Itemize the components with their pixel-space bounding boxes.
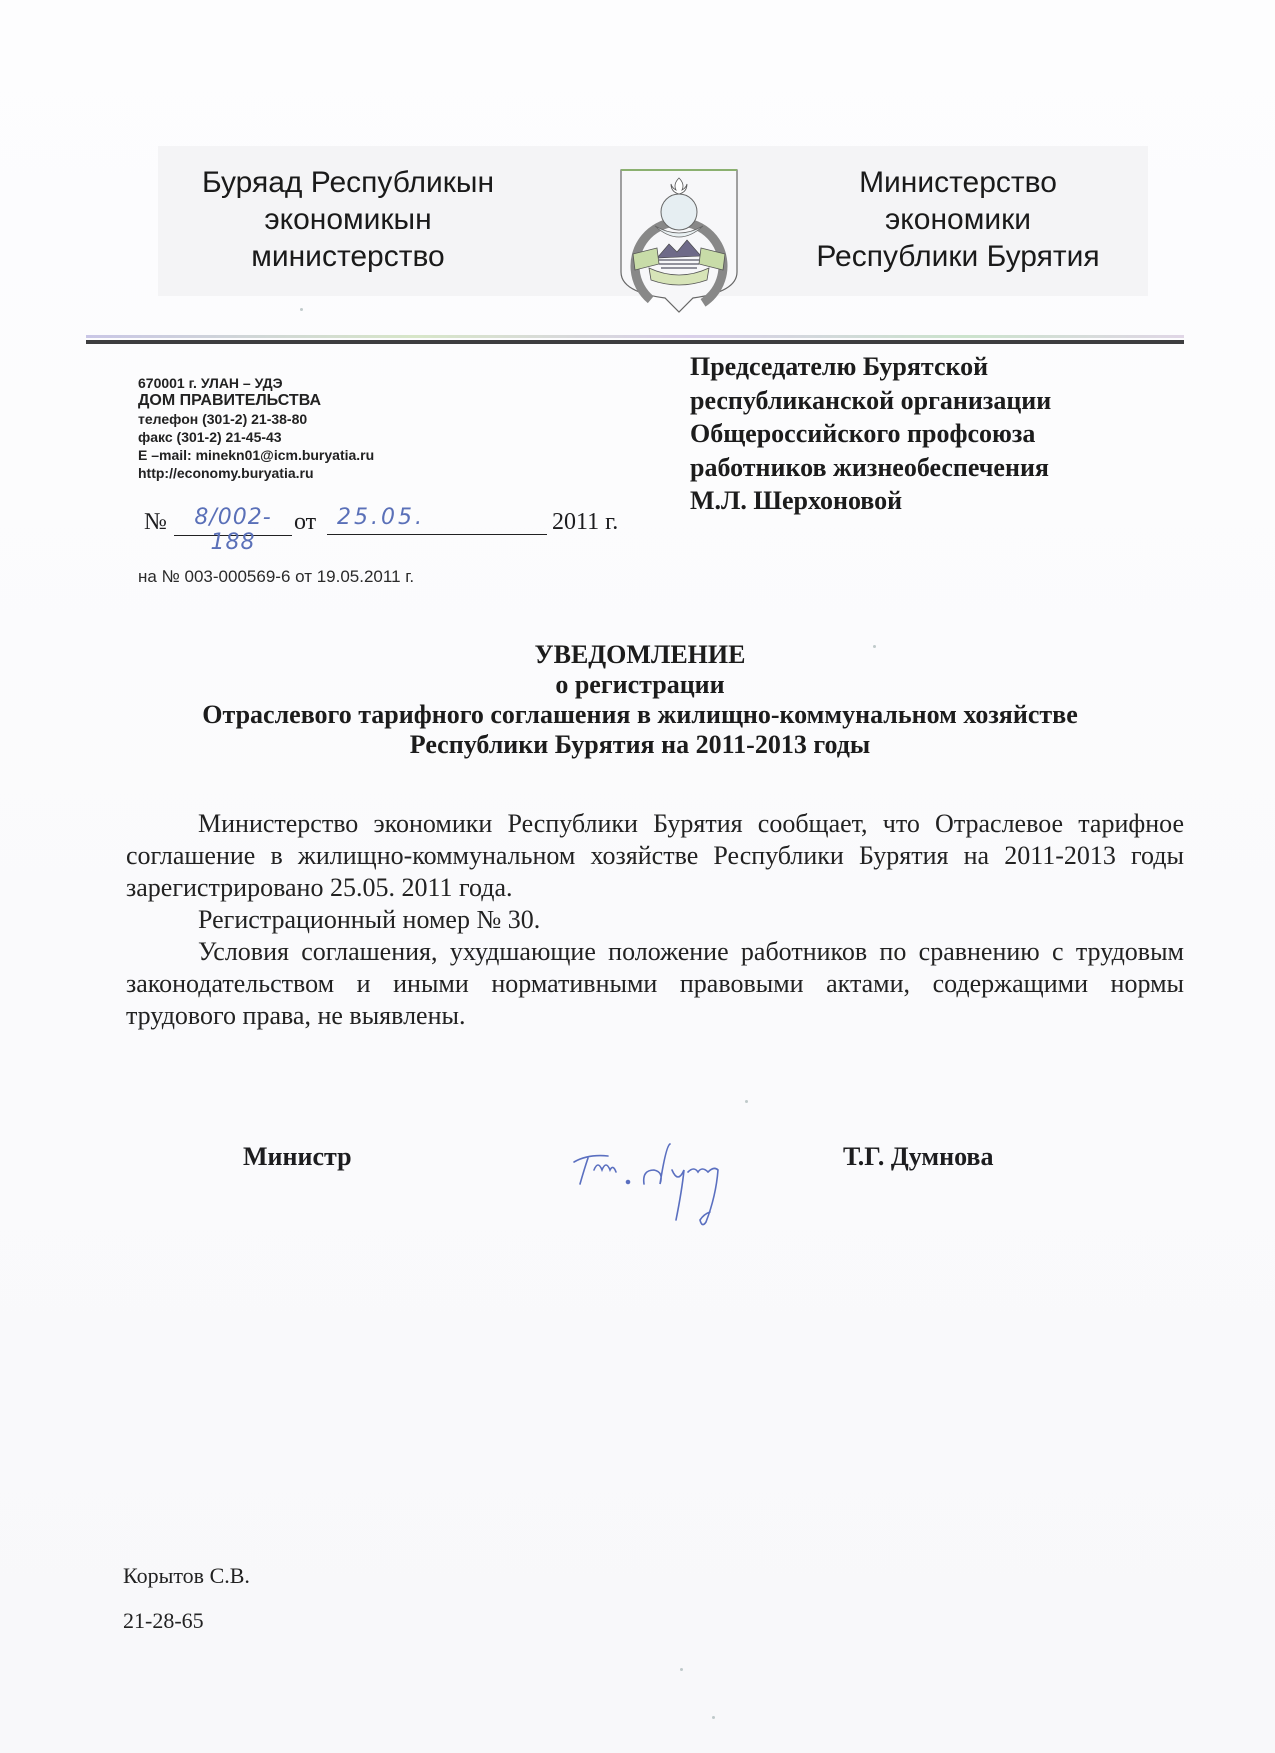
letterhead-russian-name: Министерство экономики Республики Буряти… — [773, 164, 1143, 275]
outgoing-date-handwritten: 25.05. — [327, 505, 547, 535]
document-page: Буряад Республикын экономикын министерст… — [0, 0, 1275, 1753]
title-main: УВЕДОМЛЕНИЕ — [140, 640, 1140, 670]
letterhead-left-line: Буряад Республикын — [168, 164, 528, 201]
scan-speck — [300, 308, 303, 311]
outgoing-number-handwritten: 8/002-188 — [174, 505, 292, 536]
letterhead: Буряад Республикын экономикын министерст… — [158, 146, 1148, 296]
outgoing-registration-line: № 8/002-188 от 25.05. 2011 г. — [144, 505, 624, 541]
body-paragraph: Условия соглашения, ухудшающие положение… — [126, 936, 1184, 1032]
addressee-line: республиканской организации — [690, 384, 1051, 418]
address-phone: телефон (301-2) 21-38-80 — [138, 410, 374, 428]
addressee-line: Общероссийского профсоюза — [690, 417, 1051, 451]
letterhead-buryat-name: Буряад Республикын экономикын министерст… — [168, 164, 528, 275]
letterhead-divider-thick — [86, 340, 1184, 344]
scan-speck — [873, 645, 876, 648]
letterhead-right-line: Министерство — [773, 164, 1143, 201]
body-paragraph: Регистрационный номер № 30. — [126, 904, 1184, 936]
addressee-name: М.Л. Шерхоновой — [690, 484, 1051, 518]
executor-info: Корытов С.В. 21-28-65 — [123, 1553, 250, 1643]
addressee-block: Председателю Бурятской республиканской о… — [690, 350, 1051, 518]
executor-name: Корытов С.В. — [123, 1553, 250, 1598]
title-sub: о регистрации — [140, 670, 1140, 700]
coat-of-arms-icon — [615, 164, 743, 314]
letterhead-right-line: Республики Бурятия — [773, 238, 1143, 275]
scan-speck — [680, 1668, 683, 1671]
handwritten-signature-icon — [568, 1140, 768, 1230]
title-line: Республики Бурятия на 2011-2013 годы — [140, 730, 1140, 760]
document-title: УВЕДОМЛЕНИЕ о регистрации Отраслевого та… — [140, 640, 1140, 760]
letterhead-left-line: экономикын — [168, 201, 528, 238]
addressee-line: Председателю Бурятской — [690, 350, 1051, 384]
executor-phone: 21-28-65 — [123, 1598, 250, 1643]
letterhead-divider-thin — [86, 335, 1184, 338]
outgoing-year: 2011 г. — [552, 509, 618, 536]
address-line: ДОМ ПРАВИТЕЛЬСТВА — [138, 392, 374, 410]
scan-speck — [712, 1716, 715, 1719]
address-email: E –mail: minekn01@icm.buryatia.ru — [138, 446, 374, 464]
addressee-line: работников жизнеобеспечения — [690, 451, 1051, 485]
address-fax: факс (301-2) 21-45-43 — [138, 428, 374, 446]
title-line: Отраслевого тарифного соглашения в жилищ… — [140, 700, 1140, 730]
signatory-name: Т.Г. Думнова — [843, 1142, 993, 1172]
letterhead-left-line: министерство — [168, 238, 528, 275]
address-website: http://economy.buryatia.ru — [138, 464, 374, 482]
scan-speck — [745, 1100, 748, 1103]
reply-reference: на № 003-000569-6 от 19.05.2011 г. — [138, 567, 414, 587]
address-line: 670001 г. УЛАН – УДЭ — [138, 374, 374, 392]
body-paragraph: Министерство экономики Республики Буряти… — [126, 808, 1184, 904]
sender-address: 670001 г. УЛАН – УДЭ ДОМ ПРАВИТЕЛЬСТВА т… — [138, 374, 374, 482]
signature-block: Министр Т.Г. Думнова — [0, 1140, 1275, 1230]
document-body: Министерство экономики Республики Буряти… — [126, 808, 1184, 1032]
from-label: от — [294, 509, 316, 536]
signatory-title: Министр — [243, 1142, 352, 1172]
letterhead-right-line: экономики — [773, 201, 1143, 238]
number-sign: № — [144, 509, 167, 536]
